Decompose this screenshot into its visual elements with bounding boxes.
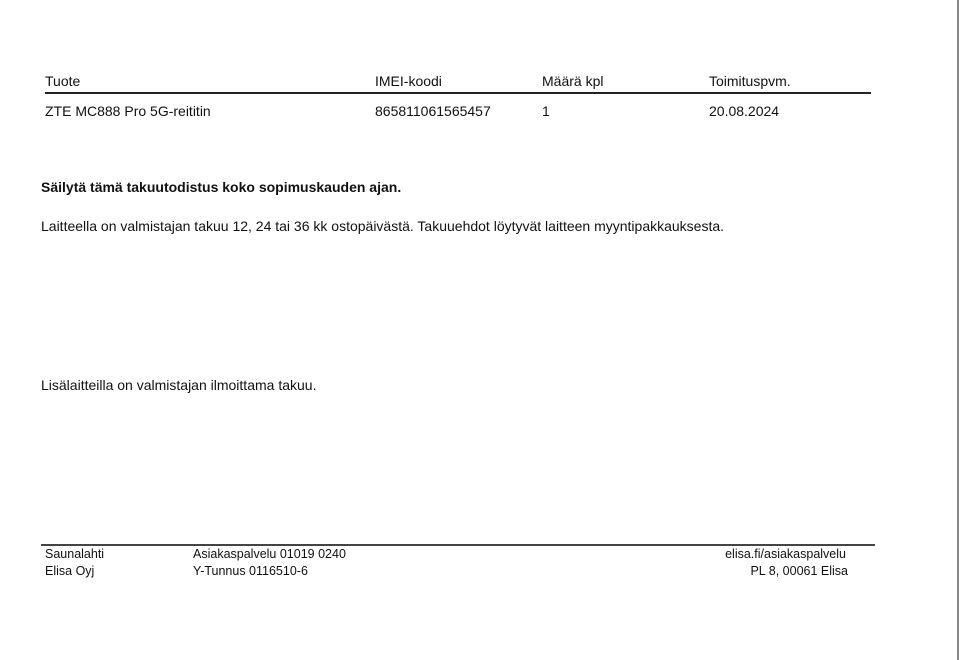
column-header-quantity: Määrä kpl bbox=[542, 73, 603, 89]
column-header-imei: IMEI-koodi bbox=[375, 73, 442, 89]
column-header-delivery-date: Toimituspvm. bbox=[709, 73, 791, 89]
imei-code: 865811061565457 bbox=[375, 103, 491, 119]
page-edge-divider bbox=[957, 0, 959, 660]
footer-divider bbox=[41, 544, 875, 546]
footer-customer-service: Asiakaspalvelu 01019 0240 bbox=[193, 547, 346, 562]
footer-business-id: Y-Tunnus 0116510-6 bbox=[193, 564, 308, 579]
column-header-product: Tuote bbox=[45, 73, 80, 89]
quantity: 1 bbox=[542, 103, 550, 119]
table-header-divider bbox=[45, 92, 871, 94]
footer-company: Elisa Oyj bbox=[45, 564, 94, 579]
footer-website: elisa.fi/asiakaspalvelu bbox=[725, 547, 846, 562]
footer-address: PL 8, 00061 Elisa bbox=[750, 564, 848, 579]
footer-brand: Saunalahti bbox=[45, 547, 104, 562]
product-name: ZTE MC888 Pro 5G-reititin bbox=[45, 103, 211, 119]
accessories-warranty-text: Lisälaitteilla on valmistajan ilmoittama… bbox=[41, 377, 316, 393]
keep-certificate-notice: Säilytä tämä takuutodistus koko sopimusk… bbox=[41, 179, 401, 195]
delivery-date: 20.08.2024 bbox=[709, 103, 779, 119]
warranty-text: Laitteella on valmistajan takuu 12, 24 t… bbox=[41, 218, 724, 234]
